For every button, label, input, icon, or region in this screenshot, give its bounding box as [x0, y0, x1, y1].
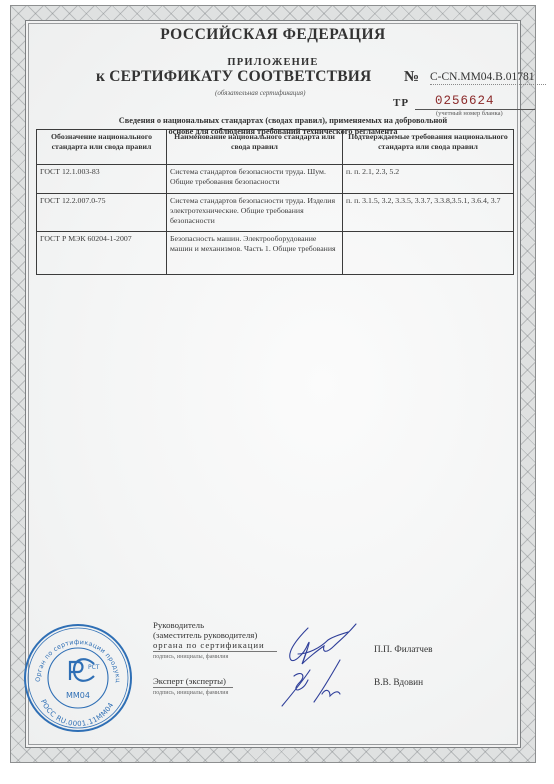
form-series: ТР — [393, 97, 409, 109]
standard-designation: ГОСТ 12.2.007.0-75 — [37, 194, 167, 232]
table-header-row: Обозначение национального стандарта или … — [37, 130, 514, 165]
form-number: 0256624 — [435, 94, 495, 108]
certification-type: (обязательная сертификация) — [215, 89, 306, 97]
head-role-line-2: (заместитель руководителя) — [153, 630, 277, 640]
info-heading-line-1: Сведения о национальных стандартах (свод… — [81, 115, 485, 126]
certificate-heading: к СЕРТИФИКАТУ СООТВЕТСТВИЯ — [96, 68, 371, 86]
standard-requirements: п. п. 2.1, 2.3, 5.2 — [343, 165, 514, 194]
standard-name: Система стандартов безопасности труда. Ш… — [167, 165, 343, 194]
head-name: П.П. Филатчев — [374, 645, 433, 655]
svg-text:Орган по сертификации продукци: Орган по сертификации продукции ООО «НТЦ… — [22, 622, 121, 683]
column-header-name: Наименование национального стандарта или… — [167, 130, 343, 165]
certification-stamp-icon: Орган по сертификации продукции ООО «НТЦ… — [22, 622, 134, 734]
expert-role: Эксперт (эксперты) — [153, 676, 233, 686]
column-header-designation: Обозначение национального стандарта или … — [37, 130, 167, 165]
table-row: ГОСТ Р МЭК 60204-1-2007 Безопасность маш… — [37, 232, 514, 275]
expert-signature-block: Эксперт (эксперты) подпись, инициалы, фа… — [153, 676, 233, 698]
standard-requirements — [343, 232, 514, 275]
handwritten-signature-icon — [268, 610, 378, 710]
standard-name: Безопасность машин. Электрооборудование … — [167, 232, 343, 275]
standard-name: Система стандартов безопасности труда. И… — [167, 194, 343, 232]
appendix-label: ПРИЛОЖЕНИЕ — [11, 57, 535, 68]
table-row: ГОСТ 12.2.007.0-75 Система стандартов бе… — [37, 194, 514, 232]
head-role-line-1: Руководитель — [153, 620, 277, 630]
table-row: ГОСТ 12.1.003-83 Система стандартов безо… — [37, 165, 514, 194]
standard-designation: ГОСТ Р МЭК 60204-1-2007 — [37, 232, 167, 275]
head-signature-caption: подпись, инициалы, фамилия — [153, 652, 277, 662]
expert-name: В.В. Вдовин — [374, 678, 423, 688]
standard-designation: ГОСТ 12.1.003-83 — [37, 165, 167, 194]
svg-text:MM04: MM04 — [66, 691, 90, 700]
standards-table: Обозначение национального стандарта или … — [36, 129, 514, 275]
head-role-line-3: органа по сертификации — [153, 640, 277, 650]
number-sign: № — [404, 69, 419, 86]
certificate-number: C-CN.MM04.B.01781 — [430, 71, 546, 85]
column-header-requirements: Подтверждаемые требования национального … — [343, 130, 514, 165]
country-title: РОССИЙСКАЯ ФЕДЕРАЦИЯ — [11, 26, 535, 44]
expert-signature-caption: подпись, инициалы, фамилия — [153, 688, 233, 698]
standard-requirements: п. п. 3.1.5, 3.2, 3.3.5, 3.3.7, 3.3.8,3.… — [343, 194, 514, 232]
head-signature-block: Руководитель (заместитель руководителя) … — [153, 620, 277, 662]
svg-text:РСТ: РСТ — [88, 664, 100, 671]
